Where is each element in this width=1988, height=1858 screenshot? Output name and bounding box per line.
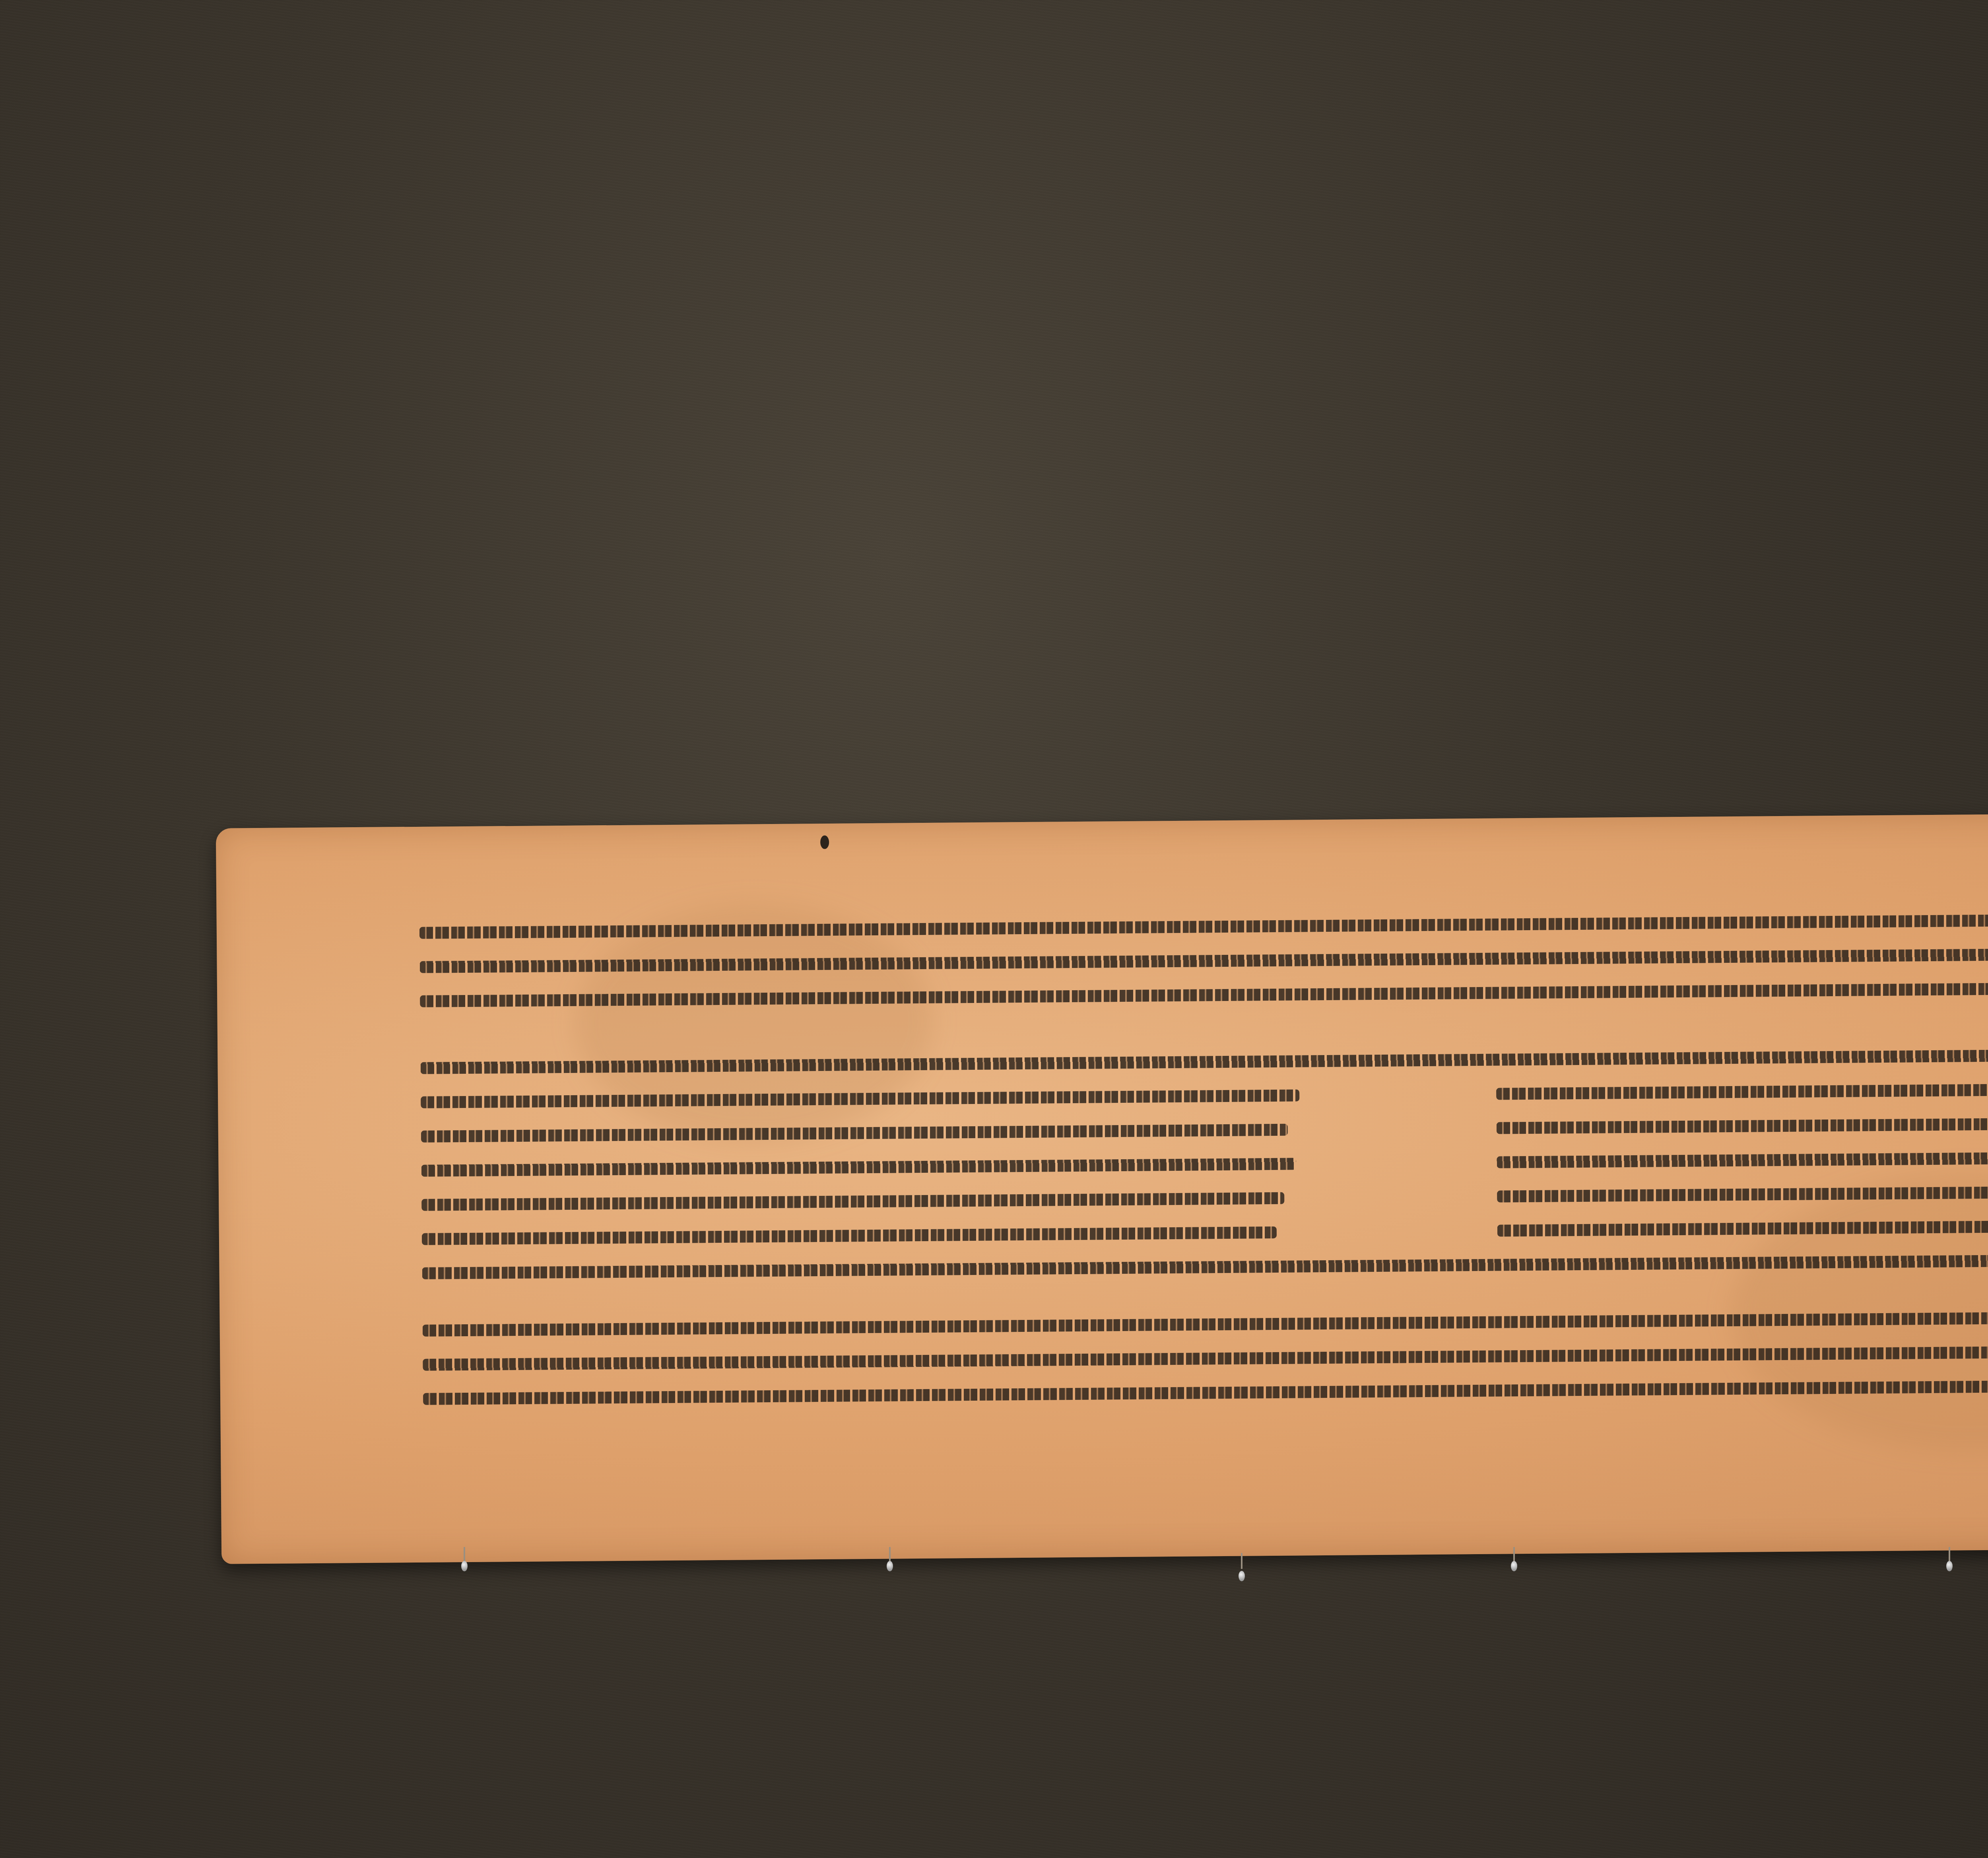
text-line — [1497, 1140, 1988, 1176]
pin — [1239, 1571, 1245, 1581]
text-block-top — [419, 902, 1988, 1021]
manuscript-leaf — [216, 810, 1988, 1564]
pin — [461, 1561, 468, 1571]
string-hole — [820, 836, 829, 849]
pin — [1946, 1561, 1953, 1571]
text-line — [419, 902, 1988, 947]
pin — [1511, 1561, 1517, 1571]
text-line — [1497, 1208, 1988, 1245]
text-line — [1497, 1174, 1988, 1211]
text-block-middle-right — [1496, 1071, 1988, 1250]
text-block-bottom — [422, 1300, 1988, 1419]
pin — [887, 1561, 893, 1571]
text-line — [1497, 1106, 1988, 1142]
text-line — [422, 1300, 1988, 1345]
